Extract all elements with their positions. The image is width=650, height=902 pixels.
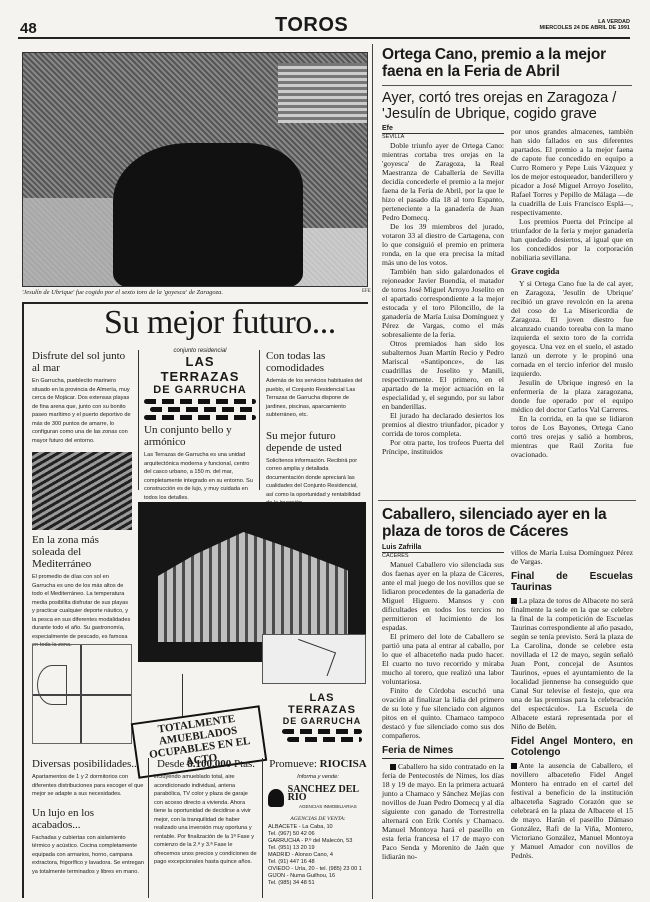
dateline-city: SEVILLA xyxy=(382,134,504,140)
agency-line: GIJON - Numa Guilhou, 16 xyxy=(268,873,368,880)
agency-line: ALBACETE - La Caba, 10 xyxy=(268,824,368,831)
masthead-info: LA VERDAD MIERCOLES 24 DE ABRIL DE 1991 xyxy=(540,19,630,31)
ad-heading: Diversas posibilidades... xyxy=(32,758,144,770)
agency-logo-icon xyxy=(268,789,284,807)
price-unit: Ptas. xyxy=(234,758,255,770)
location-map xyxy=(262,634,366,684)
ad-text: Además de los servicios habituales del p… xyxy=(266,377,366,420)
subhead-fidel-angel-montero: Fidel Angel Montero, en Cotolengo xyxy=(511,736,633,758)
ad-text: Las Terrazas de Garrucha es una unidad a… xyxy=(144,451,256,502)
subhead-escuelas-taurinas: Final de Escuelas Taurinas xyxy=(511,571,633,593)
page-number: 48 xyxy=(20,20,37,37)
informa-label: Informa y vende: xyxy=(268,773,368,782)
ad-heading: Su mejor futuro depende de usted xyxy=(266,430,366,454)
paragraph: Y si Ortega Cano fue la de cal ayer, en … xyxy=(511,279,633,378)
advertisement-las-terrazas: Su mejor futuro... Disfrute del sol junt… xyxy=(22,304,368,898)
agency-line: Tel. (985) 34 48 51 xyxy=(268,880,368,887)
ad-left-col2: En la zona más soleada del Mediterráneo … xyxy=(32,534,132,650)
ad-text: Apartamentos de 1 y 2 dormitorios con di… xyxy=(32,773,144,799)
section-title: TOROS xyxy=(275,14,348,37)
paragraph: El primero del lote de Caballero se part… xyxy=(382,632,504,686)
paragraph: La plaza de toros de Albacete no será fi… xyxy=(511,596,633,731)
ad-text: incluyendo amueblado total, aire acondic… xyxy=(154,773,258,867)
dateline-city: CACERES xyxy=(382,553,504,559)
ad-title: Su mejor futuro... xyxy=(104,304,336,342)
ad-col-divider xyxy=(262,758,263,898)
paragraph: Los premios Puerta del Príncipe al triun… xyxy=(511,217,633,262)
column-divider xyxy=(372,44,373,899)
subhead-grave-cogida: Grave cogida xyxy=(511,267,633,276)
photo-caption: 'Jesulín de Ubrique' fue cogido por el s… xyxy=(22,289,223,296)
beach-photo xyxy=(32,452,132,530)
paragraph: Por otra parte, los trofeos Puerta del P… xyxy=(382,438,504,456)
price-value: 8.100.000 xyxy=(187,758,231,770)
ad-text: En Garrucha, pueblecito marinero situado… xyxy=(32,377,132,445)
ad-text: El promedio de días con sol en Garrucha … xyxy=(32,573,132,650)
agency-line: Tel. (951) 13 20 19 xyxy=(268,845,368,852)
agency-line: MADRID - Alonso Cano, 4 xyxy=(268,852,368,859)
photo-credit: EFE xyxy=(362,289,371,294)
agency-line: Tel. (967) 50 42 06 xyxy=(268,831,368,838)
article1-col1: Efe SEVILLA Doble triunfo ayer de Ortega… xyxy=(382,125,504,456)
bullet-square-icon xyxy=(511,598,517,604)
headline-caballero: Caballero, silenciado ayer en la plaza d… xyxy=(382,506,632,540)
promoter-name: RIOCISA xyxy=(320,758,367,770)
paragraph: Ante la ausencia de Caballero, el novill… xyxy=(511,761,633,860)
ad-center-col: conjunto residencial LAS TERRAZAS DE GAR… xyxy=(144,348,256,502)
agency-line: OVIEDO - Uría, 20 - tel. (985) 23 00 1 xyxy=(268,866,368,873)
byline: Efe xyxy=(382,125,504,134)
divider xyxy=(378,500,636,501)
article2-col2: villos de María Luisa Domínguez Pérez de… xyxy=(511,548,633,860)
ad-heading: Con todas las comodidades xyxy=(266,350,366,374)
agency-subtitle: AGENCIAS INMOBILIARIAS xyxy=(288,803,368,812)
ad-col-divider xyxy=(259,350,260,490)
paragraph: Caballero ha sido contratado en la feria… xyxy=(382,762,504,861)
logo-line2: DE GARRUCHA xyxy=(282,716,362,726)
ad-col-divider xyxy=(138,350,139,490)
subheadline: Ayer, cortó tres orejas en Zaragoza / 'J… xyxy=(382,90,632,122)
paragraph: El jurado ha declarado desiertos los pre… xyxy=(382,411,504,438)
ad-col-divider xyxy=(148,758,149,898)
paragraph: De los 39 miembros del jurado, votaron 3… xyxy=(382,222,504,267)
ad-heading: Disfrute del sol junto al mar xyxy=(32,350,132,374)
logo-line1: LAS TERRAZAS xyxy=(282,692,362,716)
bullet-square-icon xyxy=(390,764,396,770)
logo-line2: DE GARRUCHA xyxy=(144,384,256,396)
ad-text: Fachadas y cubiertas con aislamiento tér… xyxy=(32,834,144,877)
floor-plan-drawing xyxy=(32,644,132,744)
ad-bottom-left: Diversas posibilidades... Apartamentos d… xyxy=(32,758,144,876)
byline: Luis Zafrilla xyxy=(382,544,504,553)
ad-heading: Un conjunto bello y armónico xyxy=(144,424,256,448)
bottom-logo: LAS TERRAZAS DE GARRUCHA xyxy=(282,692,362,745)
ad-left-col: Disfrute del sol junto al mar En Garruch… xyxy=(32,350,132,445)
promueve-label: Promueve: xyxy=(269,758,317,770)
paragraph: Otros premiados han sido los subalternos… xyxy=(382,339,504,411)
logo-line1: LAS TERRAZAS xyxy=(144,354,256,384)
ad-bottom-right: Promueve: RIOCISA Informa y vende: SANCH… xyxy=(268,758,368,887)
paragraph: Jesulín de Ubrique ingresó en la enferme… xyxy=(511,378,633,414)
issue-date: MIERCOLES 24 DE ABRIL DE 1991 xyxy=(540,25,630,31)
paragraph: En la corrida, en la que se lidiaron tor… xyxy=(511,414,633,459)
paragraph: Doble triunfo ayer de Ortega Cano: mient… xyxy=(382,141,504,222)
header-rule xyxy=(18,37,630,39)
paragraph: villos de María Luisa Domínguez Pérez de… xyxy=(511,548,633,566)
news-photo xyxy=(22,52,368,287)
paragraph: Finito de Córdoba escuchó una ovación al… xyxy=(382,686,504,740)
agencias-heading: AGENCIAS DE VENTA: xyxy=(268,815,368,824)
headline: Ortega Cano, premio a la mejor faena en … xyxy=(382,46,632,80)
subhead-feria-nimes: Feria de Nimes xyxy=(382,745,504,759)
agency-name: SANCHEZ DEL RIO xyxy=(288,786,368,803)
ad-right-col: Con todas las comodidades Además de los … xyxy=(266,350,366,508)
agency-line: Tel. (91) 447 16 48 xyxy=(268,859,368,866)
article1-col2: por unos grandes almacenes, también han … xyxy=(511,127,633,459)
wave-logo-icon xyxy=(144,399,256,420)
ad-bottom-center: Desde 8.100.000 Ptas. incluyendo amuebla… xyxy=(154,758,258,867)
bullet-square-icon xyxy=(511,763,517,769)
ad-heading: Un lujo en los acabados... xyxy=(32,807,144,831)
divider xyxy=(382,85,632,86)
agency-line: GARRUCHA - P.º del Malecón, 53 xyxy=(268,838,368,845)
ad-text: Solicítenos información. Recibirá por co… xyxy=(266,457,366,508)
ad-heading: En la zona más soleada del Mediterráneo xyxy=(32,534,132,570)
paragraph: por unos grandes almacenes, también han … xyxy=(511,127,633,217)
paragraph: También han sido galardonados el rejonea… xyxy=(382,267,504,339)
paragraph: Manuel Caballero vio silenciada sus dos … xyxy=(382,560,504,632)
article-ortega-cano: Ortega Cano, premio a la mejor faena en … xyxy=(382,46,632,122)
price-label: Desde xyxy=(157,758,185,770)
article2-col1: Luis Zafrilla CACERES Manuel Caballero v… xyxy=(382,544,504,861)
